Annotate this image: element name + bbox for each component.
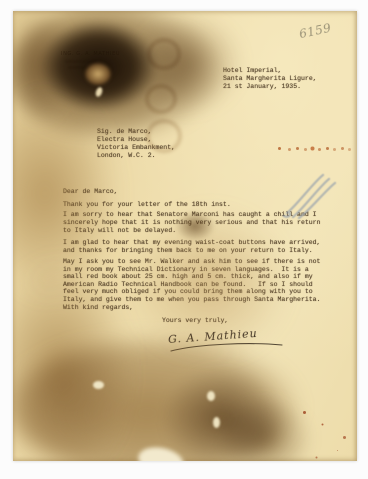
paper-chips <box>13 11 357 461</box>
paper-chip <box>136 444 186 461</box>
paper-chip <box>213 417 220 428</box>
gloss-spot <box>85 63 111 85</box>
paper-chip <box>207 391 215 401</box>
paper-chip <box>94 86 103 97</box>
scanned-letter-paper: 6159 ING. G. A. MATHIEU Hotel Imperial, … <box>13 11 357 461</box>
paper-chip <box>93 381 104 389</box>
